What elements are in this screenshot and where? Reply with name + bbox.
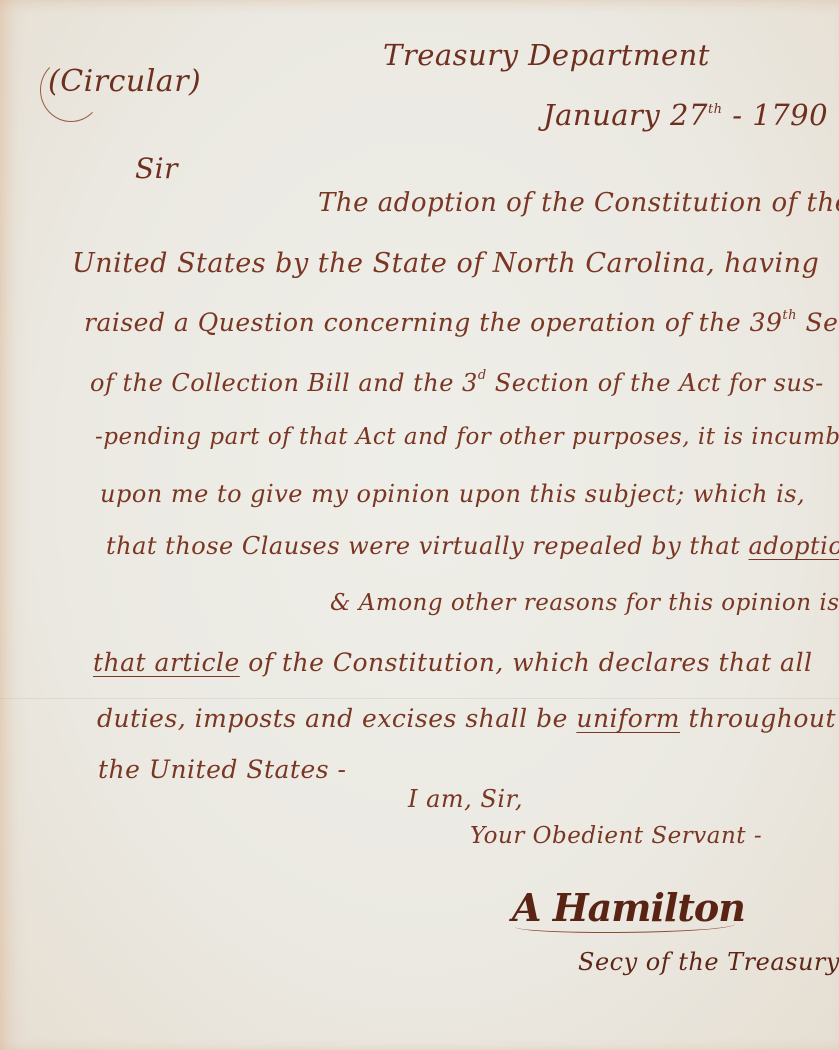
body-line-7: that those Clauses were virtually repeal… (106, 532, 839, 560)
body-line-3: raised a Question concerning the operati… (84, 308, 839, 337)
body-text: throughout (680, 704, 836, 733)
underlined-word: adoption (749, 532, 839, 560)
letterhead: Treasury Department (383, 38, 710, 72)
closing-line-2: Your Obedient Servant - (470, 823, 762, 849)
date-month-day: January 27 (543, 98, 708, 132)
date-year: - 1790 (732, 98, 828, 132)
superscript: th (782, 308, 797, 323)
body-text: Section (797, 308, 839, 337)
body-text: raised a Question concerning the operati… (84, 308, 782, 337)
date-suffix: th (708, 102, 723, 117)
salutation: Sir (135, 152, 178, 185)
body-text: of the Collection Bill and the 3 (90, 369, 478, 397)
body-text: duties, imposts and excises shall be (97, 704, 576, 733)
underlined-word: uniform (576, 704, 680, 733)
paper-fold-line (0, 698, 839, 699)
signature-flourish (515, 918, 735, 933)
body-line-11: the United States - (98, 755, 347, 784)
letter-date: January 27th - 1790 (543, 98, 828, 132)
body-line-10: duties, imposts and excises shall be uni… (97, 704, 836, 733)
body-line-8: & Among other reasons for this opinion i… (330, 590, 839, 616)
body-text: of the Constitution, which declares that… (240, 648, 813, 677)
underlined-phrase: that article (93, 648, 240, 677)
letter-page: (Circular) Treasury Department January 2… (0, 0, 839, 1050)
body-line-4: of the Collection Bill and the 3d Sectio… (90, 368, 824, 397)
superscript: d (478, 368, 487, 383)
body-line-9: that article of the Constitution, which … (93, 648, 812, 677)
signatory-title: Secy of the Treasury (578, 948, 839, 976)
body-line-6: upon me to give my opinion upon this sub… (100, 480, 805, 508)
body-line-1: The adoption of the Constitution of the (318, 188, 839, 218)
closing-line-1: I am, Sir, (408, 785, 523, 813)
body-text: Section of the Act for sus- (487, 369, 824, 397)
body-line-2: United States by the State of North Caro… (72, 248, 819, 279)
body-text: that those Clauses were virtually repeal… (106, 532, 749, 560)
circular-label: (Circular) (48, 64, 201, 99)
body-line-5: -pending part of that Act and for other … (95, 424, 839, 450)
